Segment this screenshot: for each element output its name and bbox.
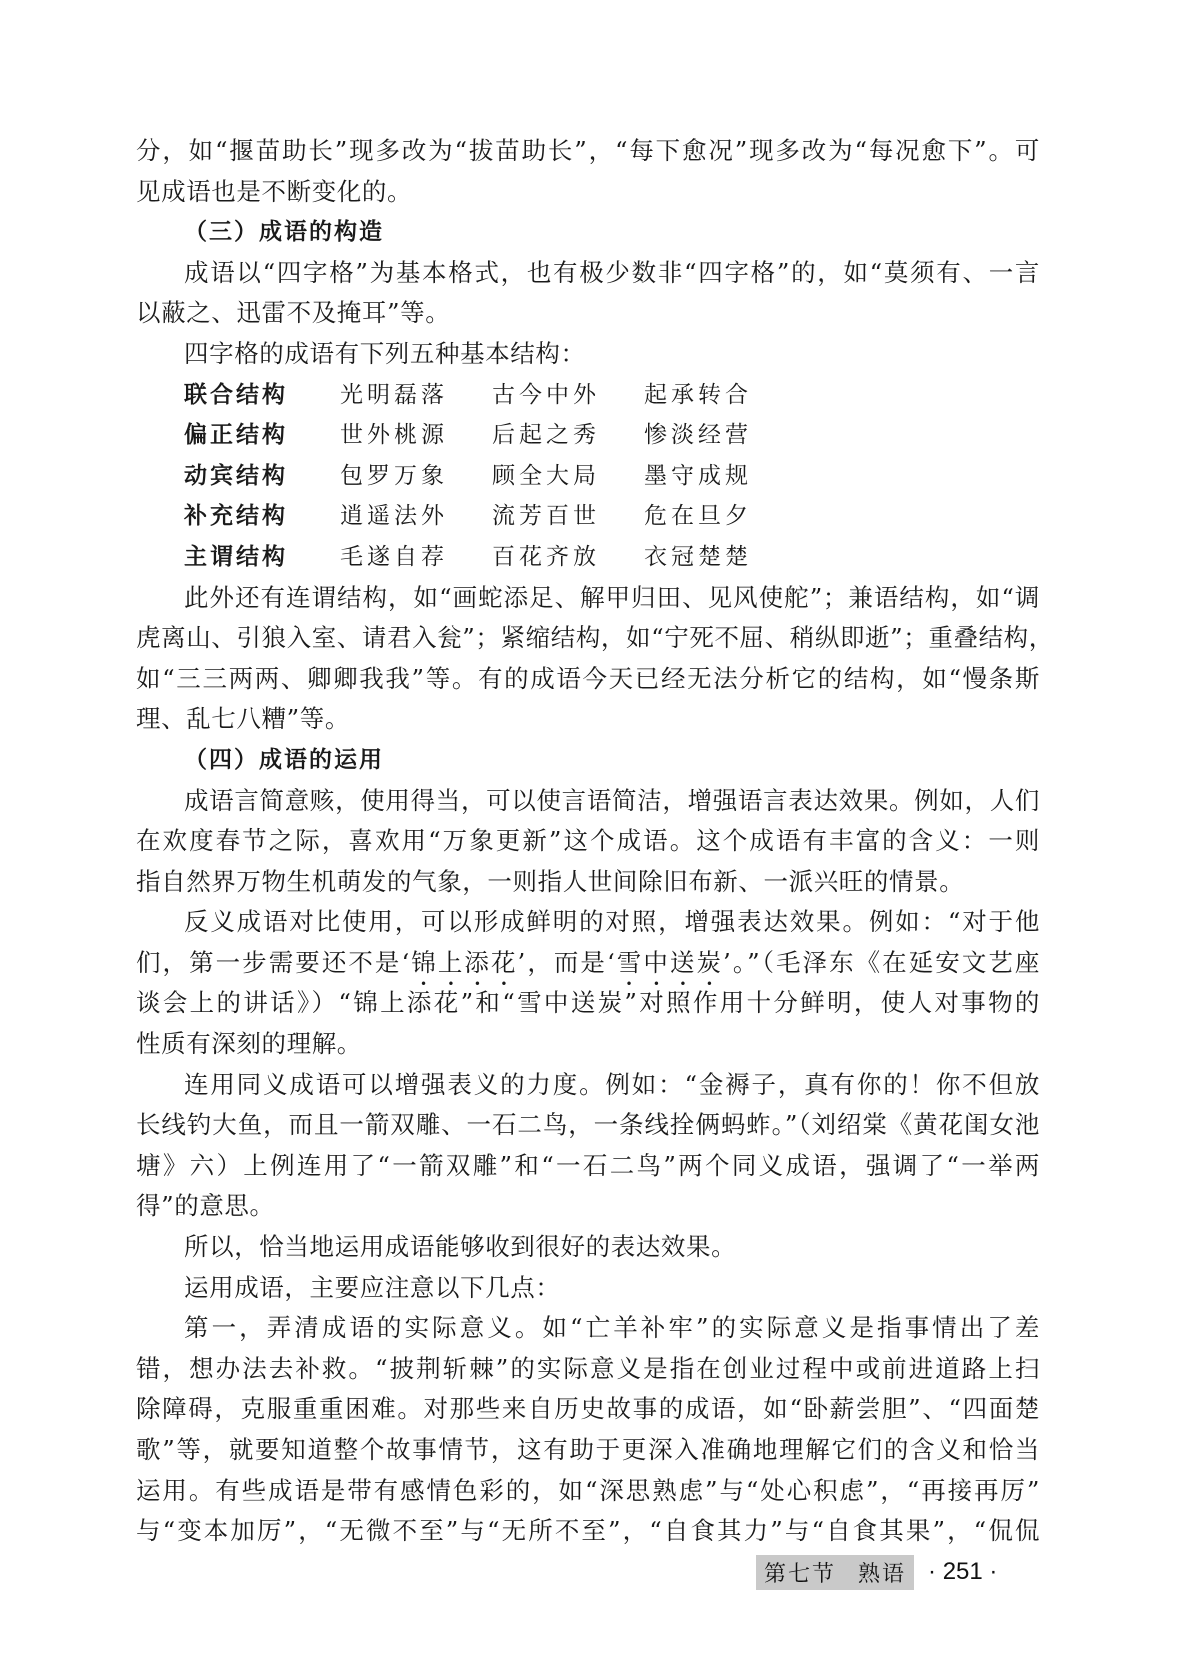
- text-line: 指自然界万物生机萌发的气象，一则指人世间除旧布新、一派兴旺的情景。: [136, 862, 1040, 903]
- page-number: · 251 ·: [928, 1558, 997, 1586]
- text-line: 四字格的成语有下列五种基本结构：: [136, 334, 1040, 375]
- text-line: 虎离山、引狼入室、请君入瓮”；紧缩结构，如“宁死不屈、稍纵即逝”；重叠结构，: [136, 618, 1040, 659]
- chapter-label: 熟语: [858, 1562, 906, 1587]
- text-span: ’，而是‘: [518, 948, 616, 977]
- text-line: 以蔽之、迅雷不及掩耳”等。: [136, 293, 1040, 334]
- text-line: 反义成语对比使用，可以形成鲜明的对照，增强表达效果。例如：“对于他: [136, 902, 1040, 943]
- text-line: 在欢度春节之际，喜欢用“万象更新”这个成语。这个成语有丰富的含义：一则: [136, 821, 1040, 862]
- text-span: ’。”（毛泽东《在延安文艺座: [723, 948, 1040, 977]
- structure-example: 世外桃源: [340, 415, 492, 456]
- page-footer: 第七节熟语 · 251 ·: [756, 1555, 997, 1589]
- structure-example: 光明磊落: [340, 375, 492, 416]
- structure-example: 危在旦夕: [644, 496, 796, 537]
- text-line: 成语以“四字格”为基本格式，也有极少数非“四字格”的，如“莫须有、一言: [136, 253, 1040, 294]
- structure-example: 顾全大局: [492, 456, 644, 497]
- structure-example: 古今中外: [492, 375, 644, 416]
- emphasized-idiom: 雪中送炭: [615, 948, 723, 977]
- text-line: 见成语也是不断变化的。: [136, 172, 1040, 213]
- text-line: 错，想办法去补救。“披荆斩棘”的实际意义是指在创业过程中或前进道路上扫: [136, 1349, 1040, 1390]
- structure-name: 主谓结构: [184, 537, 340, 578]
- structure-row: 偏正结构 世外桃源 后起之秀 惨淡经营: [136, 415, 1040, 456]
- text-line: 此外还有连谓结构，如“画蛇添足、解甲归田、见风使舵”；兼语结构，如“调: [136, 578, 1040, 619]
- structure-example: 起承转合: [644, 375, 796, 416]
- running-head: 第七节熟语: [756, 1555, 914, 1590]
- structure-row: 补充结构 逍遥法外 流芳百世 危在旦夕: [136, 496, 1040, 537]
- structure-example: 墨守成规: [644, 456, 796, 497]
- structure-example: 衣冠楚楚: [644, 537, 796, 578]
- section-heading-3: （三）成语的构造: [136, 212, 1040, 253]
- structure-name: 补充结构: [184, 496, 340, 537]
- structure-example: 百花齐放: [492, 537, 644, 578]
- text-line: 长线钓大鱼，而且一箭双雕、一石二鸟，一条线拴俩蚂蚱。”（刘绍棠《黄花闺女池: [136, 1105, 1040, 1146]
- text-line: 如“三三两两、卿卿我我”等。有的成语今天已经无法分析它的结构，如“慢条斯: [136, 659, 1040, 700]
- structure-row: 主谓结构 毛遂自荐 百花齐放 衣冠楚楚: [136, 537, 1040, 578]
- text-line: 歌”等，就要知道整个故事情节，这有助于更深入准确地理解它们的含义和恰当: [136, 1430, 1040, 1471]
- structure-example: 流芳百世: [492, 496, 644, 537]
- text-line: 除障碍，克服重重困难。对那些来自历史故事的成语，如“卧薪尝胆”、“四面楚: [136, 1389, 1040, 1430]
- text-line: 运用成语，主要应注意以下几点：: [136, 1268, 1040, 1309]
- text-line: 运用。有些成语是带有感情色彩的，如“深思熟虑”与“处心积虑”，“再接再厉”: [136, 1471, 1040, 1512]
- structure-table: 联合结构 光明磊落 古今中外 起承转合 偏正结构 世外桃源 后起之秀 惨淡经营 …: [136, 375, 1040, 578]
- emphasized-idiom: 锦上添花: [410, 948, 518, 977]
- text-line: 性质有深刻的理解。: [136, 1024, 1040, 1065]
- text-line: 连用同义成语可以增强表义的力度。例如：“金褥子，真有你的！你不但放: [136, 1065, 1040, 1106]
- text-line: 所以，恰当地运用成语能够收到很好的表达效果。: [136, 1227, 1040, 1268]
- page-body: 分，如“揠苗助长”现多改为“拔苗助长”，“每下愈况”现多改为“每况愈下”。可 见…: [136, 131, 1040, 1552]
- structure-example: 逍遥法外: [340, 496, 492, 537]
- section-heading-4: （四）成语的运用: [136, 740, 1040, 781]
- section-label: 第七节: [764, 1562, 836, 1587]
- structure-row: 动宾结构 包罗万象 顾全大局 墨守成规: [136, 456, 1040, 497]
- text-span: 们，第一步需要还不是‘: [136, 948, 410, 977]
- text-line: 理、乱七八糟”等。: [136, 699, 1040, 740]
- text-line: 们，第一步需要还不是‘锦上添花’，而是‘雪中送炭’。”（毛泽东《在延安文艺座: [136, 943, 1040, 984]
- structure-name: 联合结构: [184, 375, 340, 416]
- text-line: 成语言简意赅，使用得当，可以使言语简洁，增强语言表达效果。例如，人们: [136, 781, 1040, 822]
- structure-example: 包罗万象: [340, 456, 492, 497]
- structure-row: 联合结构 光明磊落 古今中外 起承转合: [136, 375, 1040, 416]
- text-line: 得”的意思。: [136, 1186, 1040, 1227]
- text-line: 分，如“揠苗助长”现多改为“拔苗助长”，“每下愈况”现多改为“每况愈下”。可: [136, 131, 1040, 172]
- structure-name: 动宾结构: [184, 456, 340, 497]
- structure-example: 毛遂自荐: [340, 537, 492, 578]
- text-line: 与“变本加厉”，“无微不至”与“无所不至”，“自食其力”与“自食其果”，“侃侃: [136, 1511, 1040, 1552]
- structure-example: 惨淡经营: [644, 415, 796, 456]
- text-line: 第一，弄清成语的实际意义。如“亡羊补牢”的实际意义是指事情出了差: [136, 1308, 1040, 1349]
- structure-name: 偏正结构: [184, 415, 340, 456]
- text-line: 谈会上的讲话》）“锦上添花”和“雪中送炭”对照作用十分鲜明，使人对事物的: [136, 983, 1040, 1024]
- structure-example: 后起之秀: [492, 415, 644, 456]
- text-line: 塘》六）上例连用了“一箭双雕”和“一石二鸟”两个同义成语，强调了“一举两: [136, 1146, 1040, 1187]
